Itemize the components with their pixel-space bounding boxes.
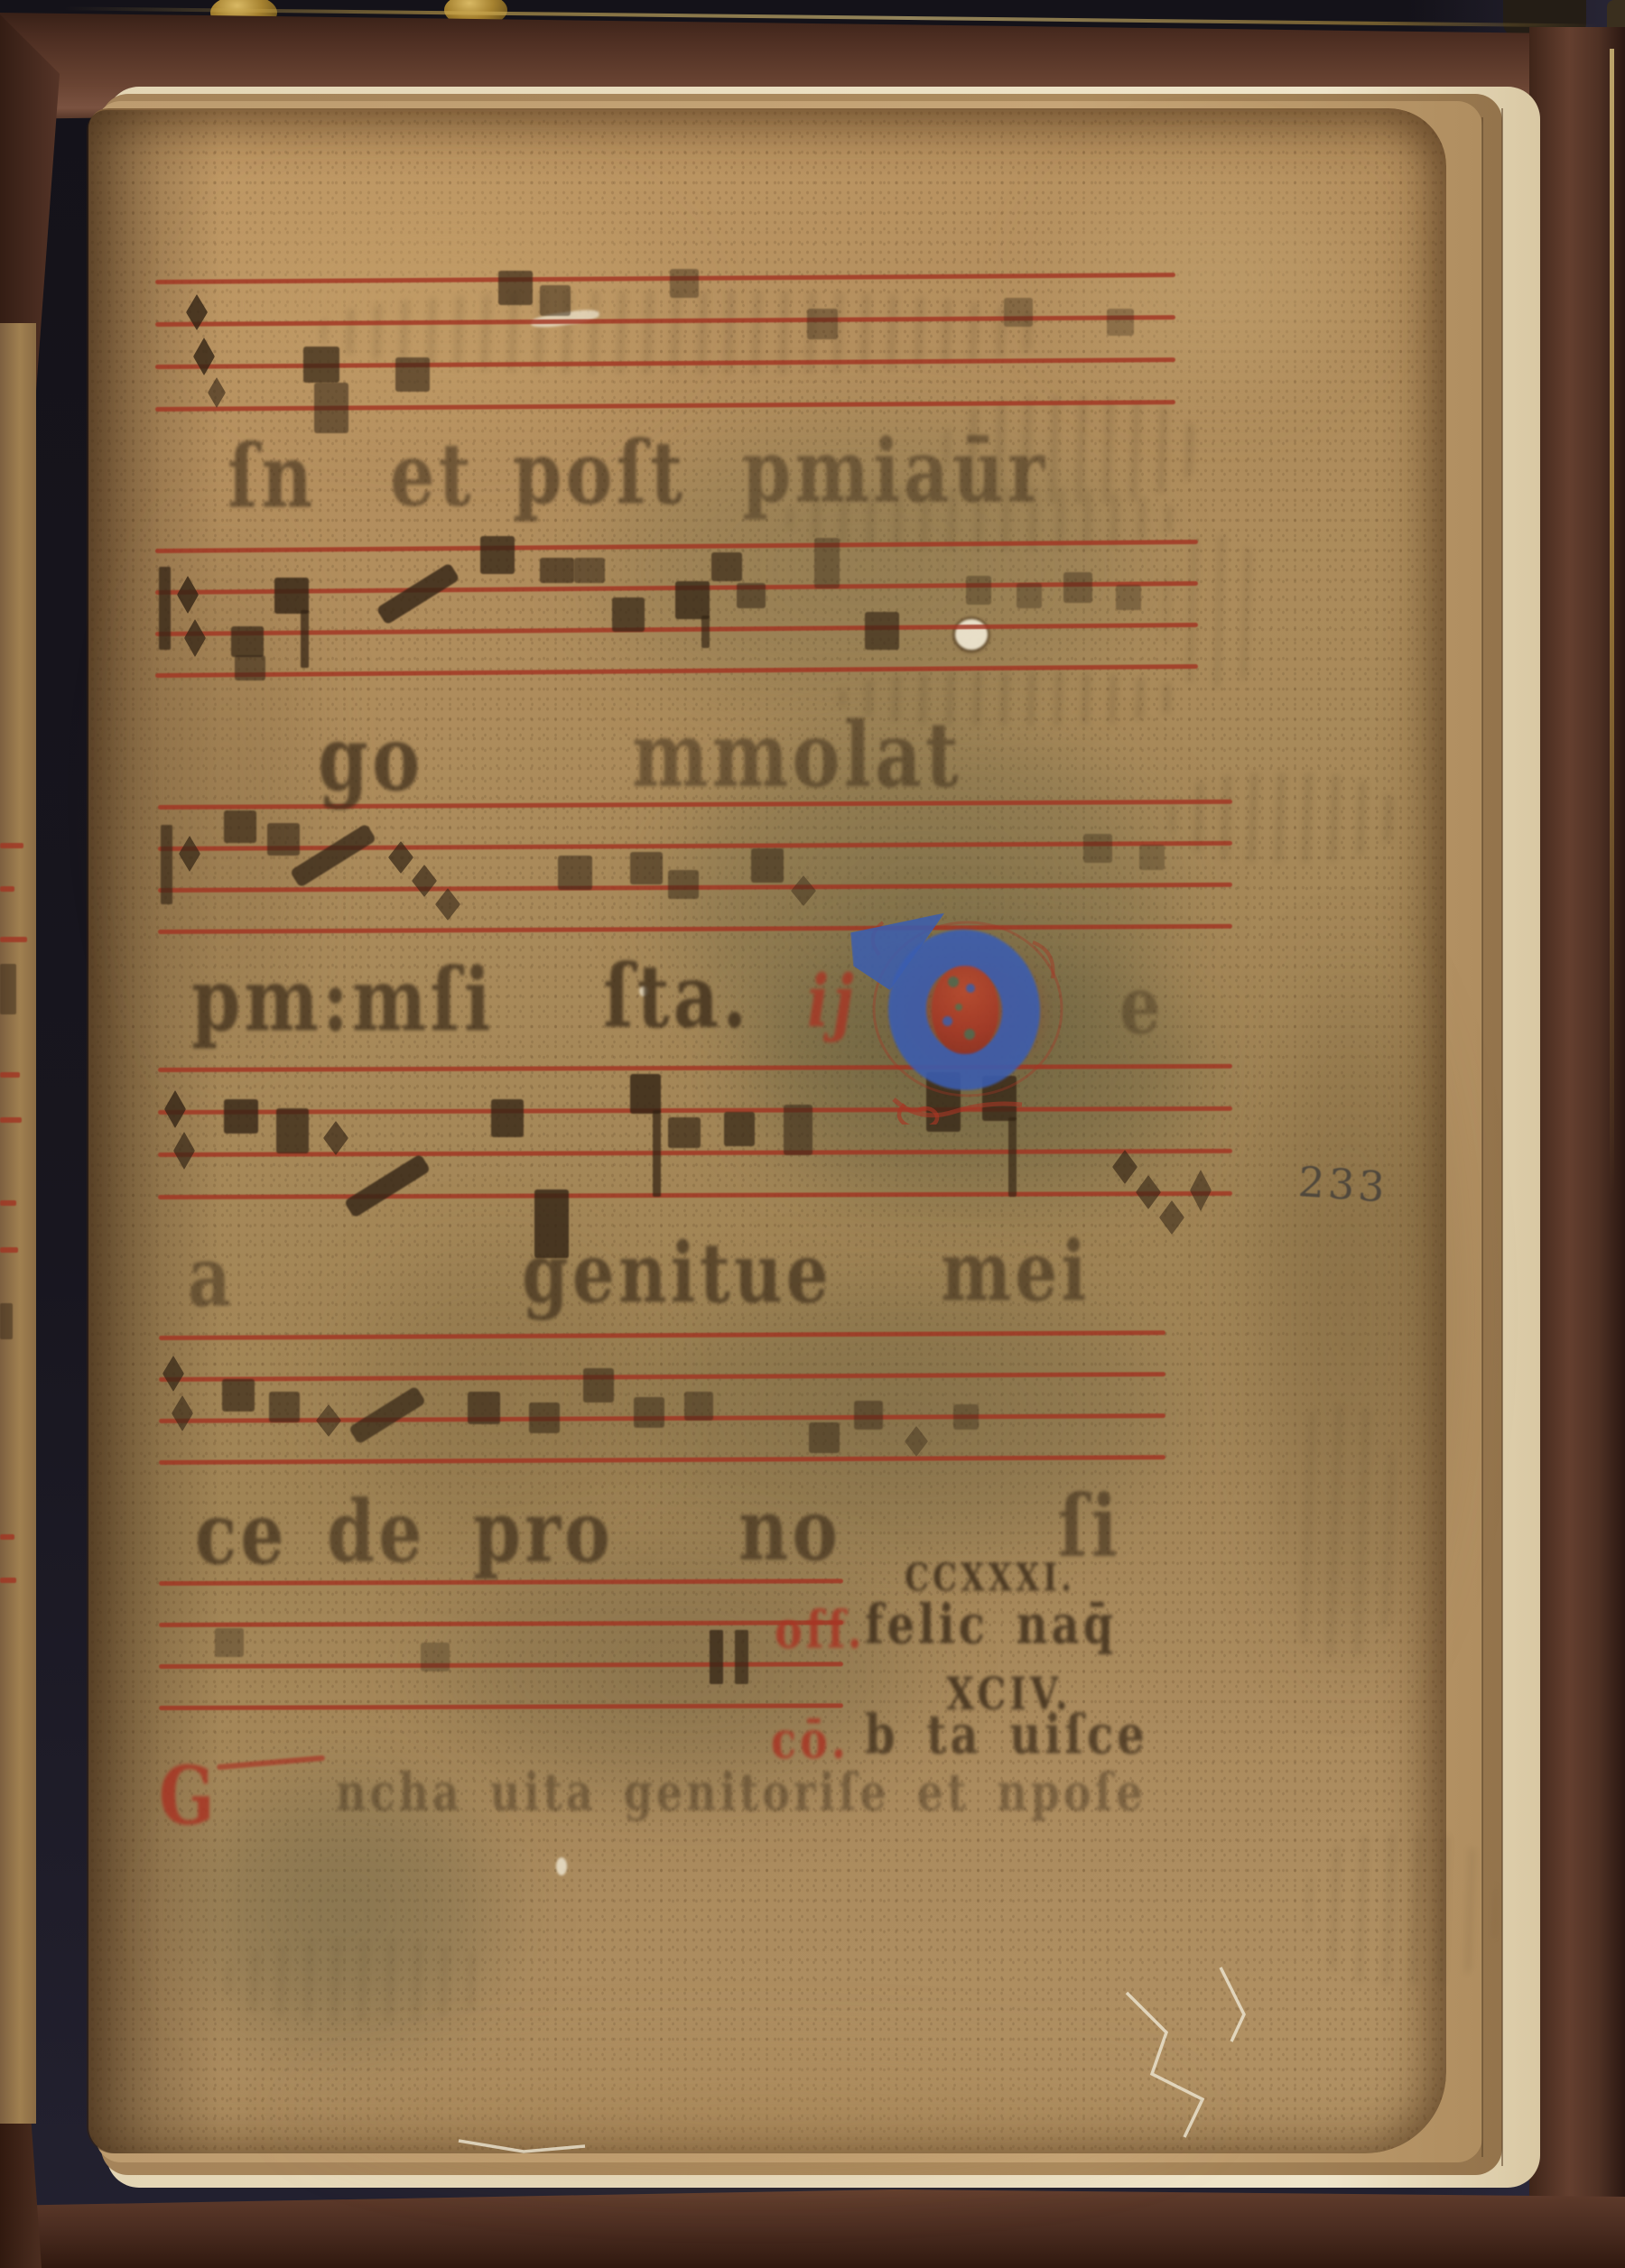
parchment-crack	[1127, 1993, 1202, 2137]
crack-overlay	[0, 0, 1625, 2268]
parchment-crack	[1221, 1967, 1244, 2041]
parchment-crack	[459, 2141, 585, 2152]
manuscript-photo: ſnetpoſtpmiaūrgommolatpm:mſiſta.ijeageni…	[0, 0, 1625, 2268]
